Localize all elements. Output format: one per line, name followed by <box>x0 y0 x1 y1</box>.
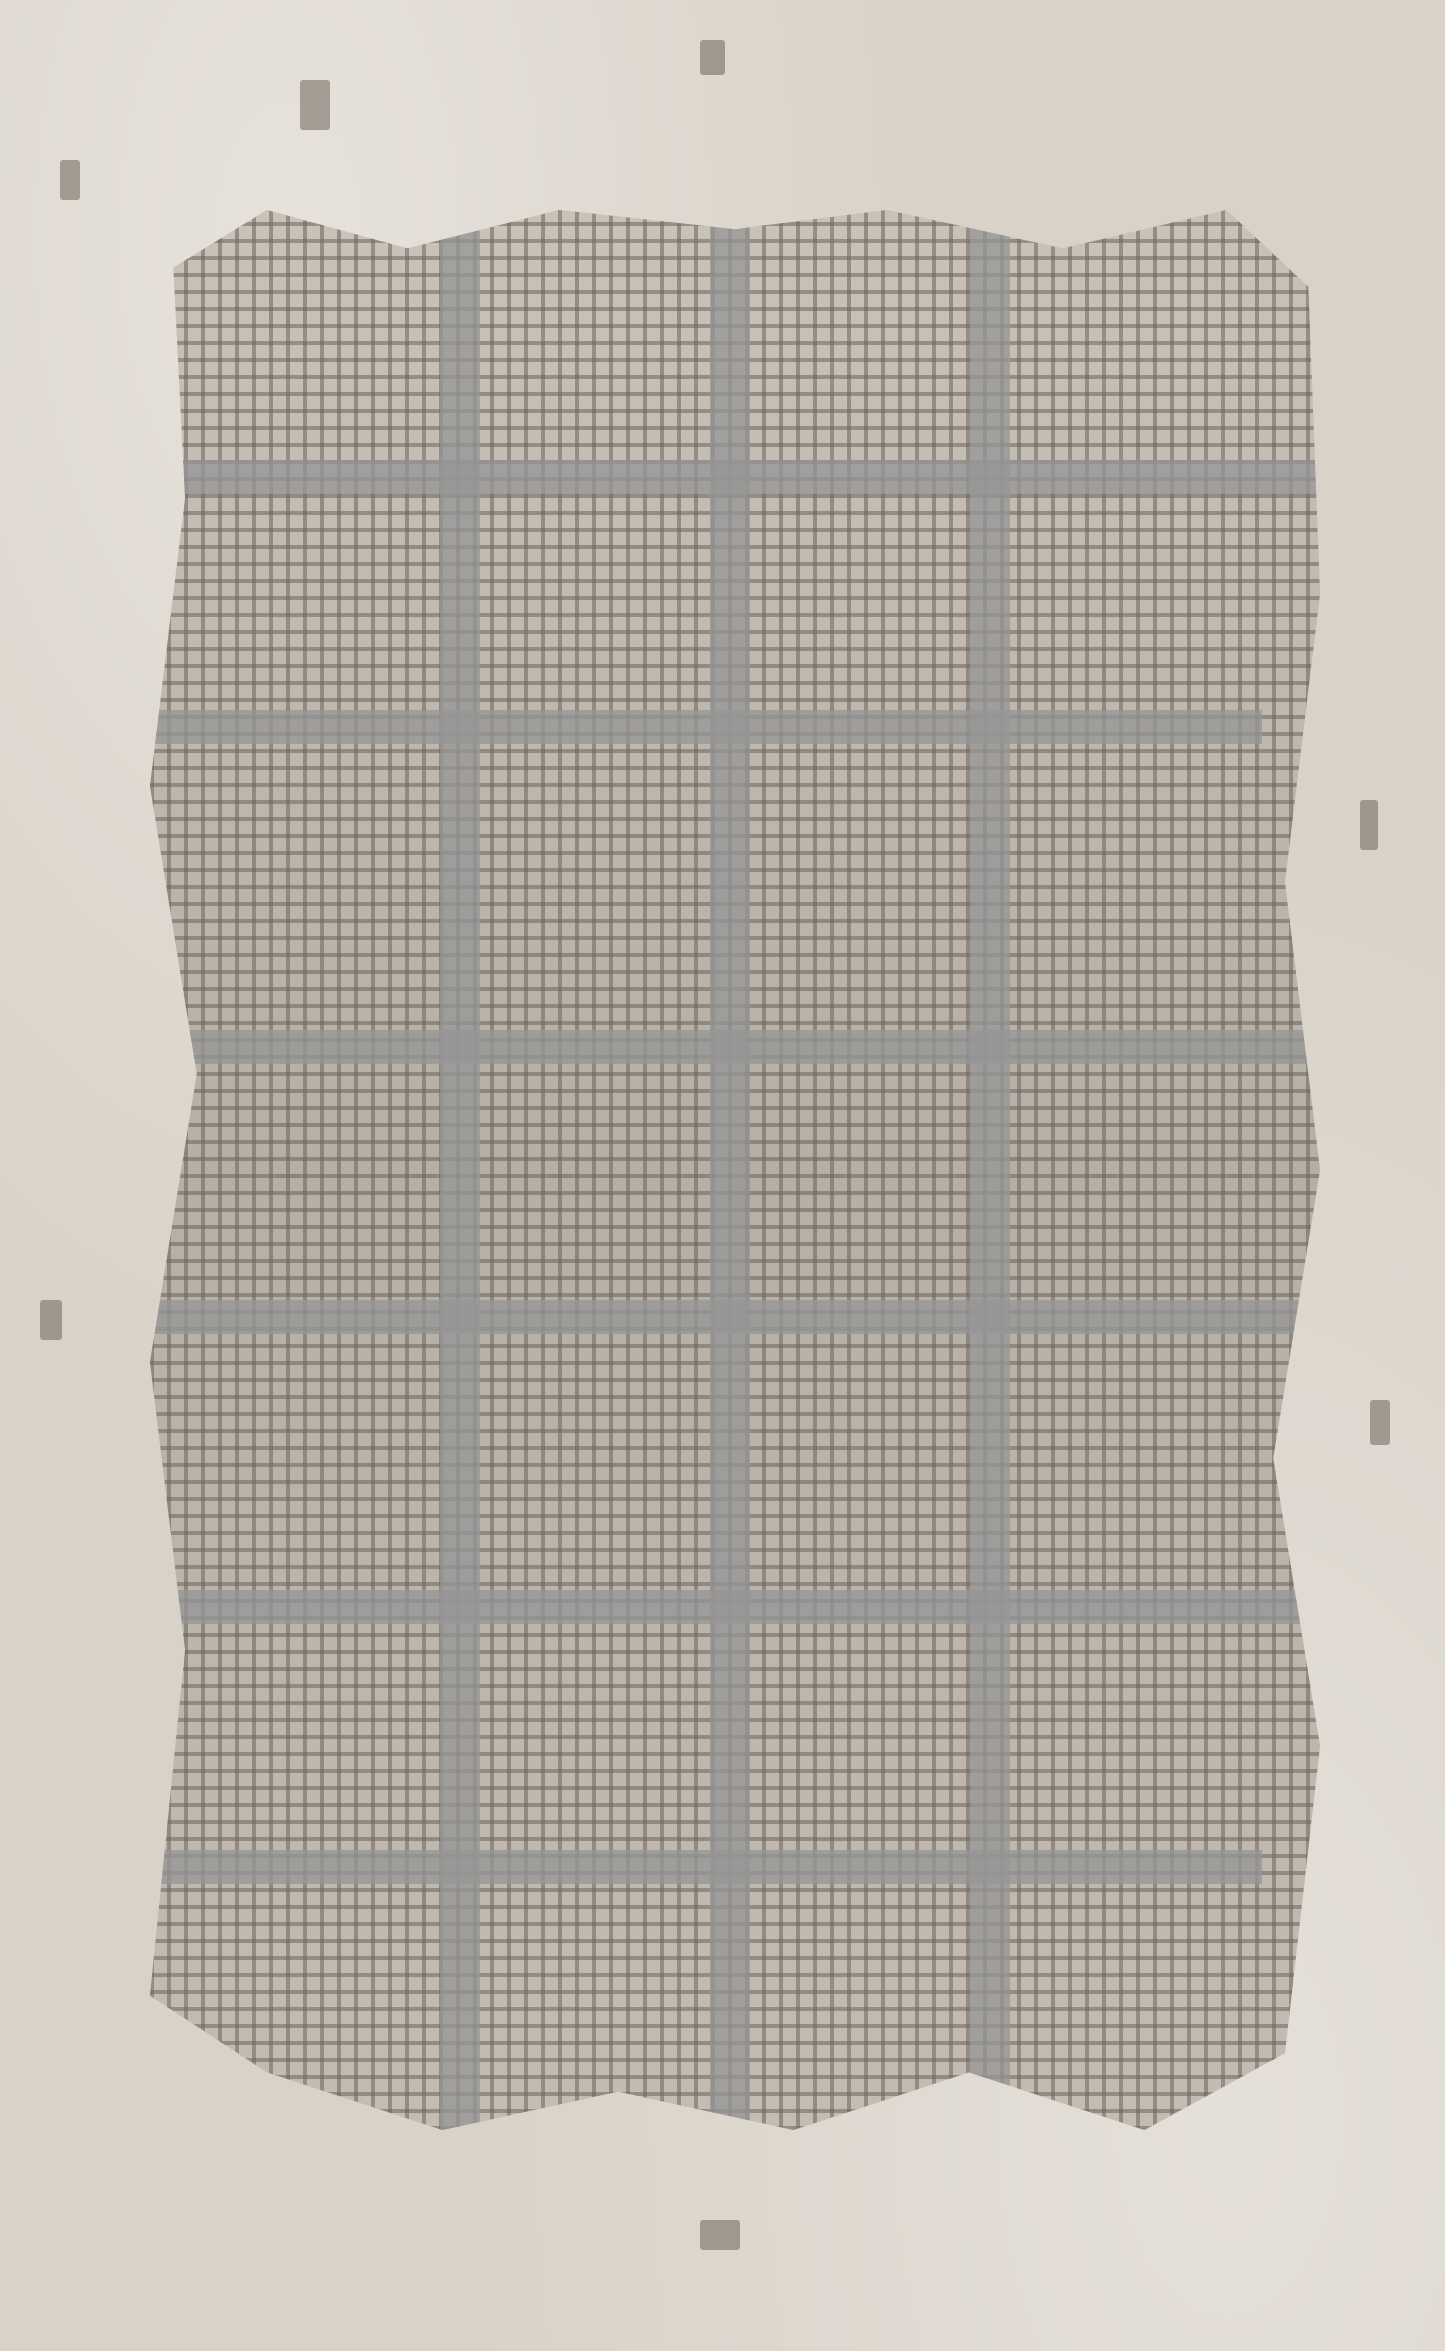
rug-bar <box>150 1850 1262 1884</box>
rug-bar <box>150 710 1262 744</box>
rug-speck <box>700 40 725 75</box>
rug-bar <box>710 210 750 2130</box>
rug-bar <box>970 210 1010 2130</box>
rug-photo <box>0 0 1445 2351</box>
rug-bar <box>440 210 480 2130</box>
rug-speck <box>40 1300 62 1340</box>
rug-speck <box>60 160 80 200</box>
rug-speck <box>300 80 330 130</box>
rug-speck <box>700 2220 740 2250</box>
rug-speck <box>1360 800 1378 850</box>
rug-grid-field <box>150 210 1320 2130</box>
rug-speck <box>1370 1400 1390 1445</box>
